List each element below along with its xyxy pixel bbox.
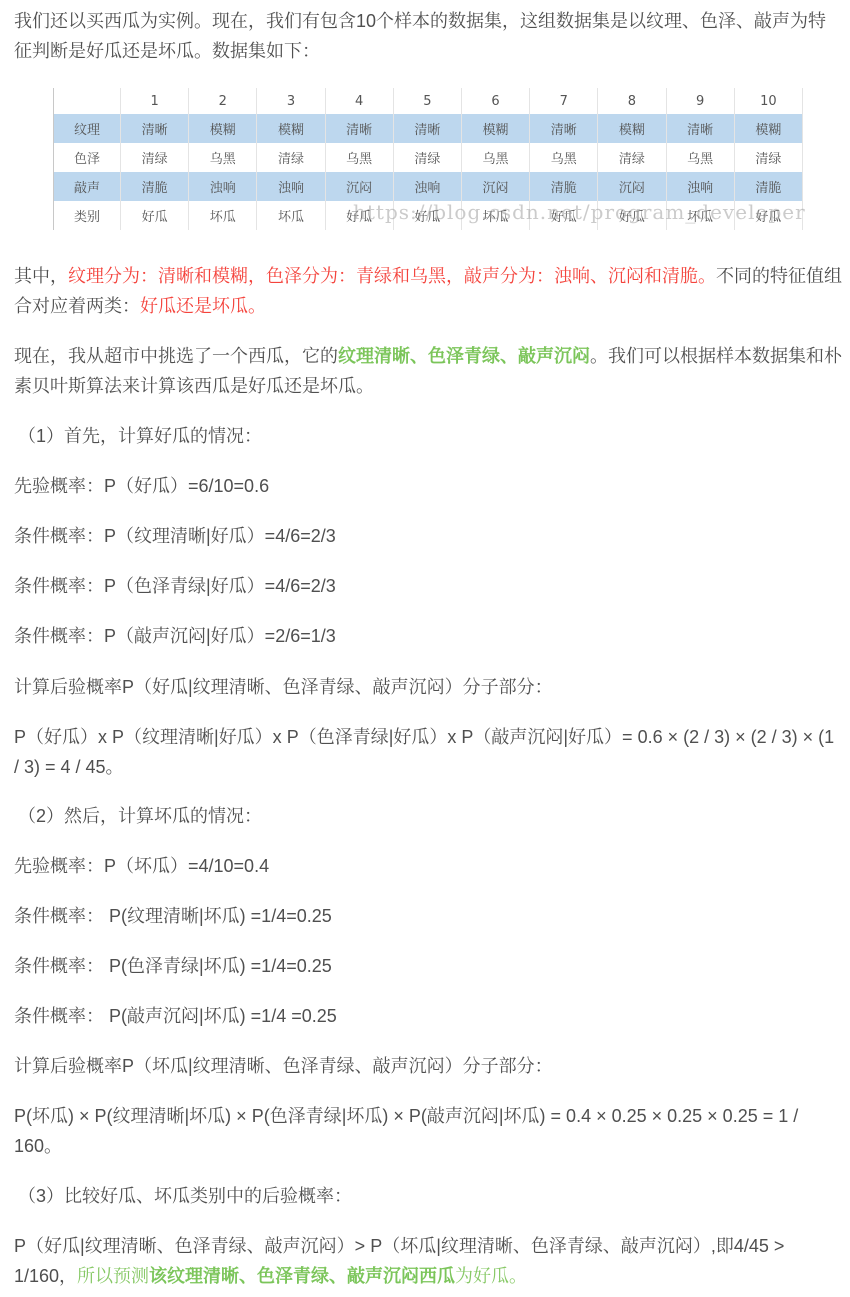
table-cell: 坏瓜 — [666, 201, 734, 230]
table-cell: 乌黑 — [325, 143, 393, 172]
table-cell: 清绿 — [598, 143, 666, 172]
table-cell: 模糊 — [734, 114, 802, 143]
table-cell: 乌黑 — [189, 143, 257, 172]
table-cell: 清脆 — [734, 172, 802, 201]
step1-posterior-label: 计算后验概率P（好瓜|纹理清晰、色泽青绿、敲声沉闷）分子部分： — [14, 672, 844, 702]
step2-posterior-calc-text: P(坏瓜) × P(纹理清晰|坏瓜) × P(色泽青绿|坏瓜) × P(敲声沉闷… — [14, 1106, 798, 1156]
table-cell: 清晰 — [666, 114, 734, 143]
row-label: 类别 — [54, 201, 121, 230]
step1-prior-text: 先验概率：P（好瓜）=6/10=0.6 — [14, 476, 269, 496]
step2-prior-text: 先验概率：P（坏瓜）=4/10=0.4 — [14, 856, 269, 876]
table-header-cell: 3 — [257, 88, 325, 114]
step2-cond1: 条件概率： P(纹理清晰|坏瓜) =1/4=0.25 — [14, 901, 844, 931]
dataset-table: 1 2 3 4 5 6 7 8 9 10 纹理 清晰 模糊 模糊 清晰 清晰 模… — [53, 88, 803, 230]
table-cell: 好瓜 — [393, 201, 461, 230]
row-label: 色泽 — [54, 143, 121, 172]
table-cell: 清绿 — [393, 143, 461, 172]
table-header-cell: 4 — [325, 88, 393, 114]
step1-heading: （1）首先，计算好瓜的情况： — [18, 421, 848, 451]
table-cell: 好瓜 — [598, 201, 666, 230]
table-cell: 清绿 — [121, 143, 189, 172]
features-prefix: 其中， — [14, 266, 68, 286]
table-cell: 沉闷 — [598, 172, 666, 201]
table-header-cell: 7 — [530, 88, 598, 114]
step2-posterior-label-text: 计算后验概率P（坏瓜|纹理清晰、色泽青绿、敲声沉闷）分子部分： — [14, 1056, 553, 1076]
table-header-cell: 10 — [734, 88, 802, 114]
table-cell: 清绿 — [257, 143, 325, 172]
step2-cond3-text: 条件概率： P(敲声沉闷|坏瓜) =1/4 =0.25 — [14, 1006, 337, 1026]
step1-posterior-calc: P（好瓜）x P（纹理清晰|好瓜）x P（色泽青绿|好瓜）x P（敲声沉闷|好瓜… — [14, 722, 844, 782]
step1-posterior-calc-text: P（好瓜）x P（纹理清晰|好瓜）x P（色泽青绿|好瓜）x P（敲声沉闷|好瓜… — [14, 727, 834, 777]
step2-prior: 先验概率：P（坏瓜）=4/10=0.4 — [14, 851, 844, 881]
table-cell: 沉闷 — [325, 172, 393, 201]
step2-heading-text: （2）然后，计算坏瓜的情况： — [18, 806, 262, 826]
table-cell: 清晰 — [393, 114, 461, 143]
table-cell: 坏瓜 — [189, 201, 257, 230]
step2-cond2-text: 条件概率： P(色泽青绿|坏瓜) =1/4=0.25 — [14, 956, 332, 976]
features-highlight-classes: 好瓜还是坏瓜。 — [140, 296, 266, 316]
table-cell: 好瓜 — [325, 201, 393, 230]
intro-paragraph: 我们还以买西瓜为实例。现在，我们有包含10个样本的数据集，这组数据集是以纹理、色… — [14, 6, 844, 66]
table-cell: 清脆 — [530, 172, 598, 201]
table-header-cell: 6 — [461, 88, 529, 114]
step2-posterior-calc: P(坏瓜) × P(纹理清晰|坏瓜) × P(色泽青绿|坏瓜) × P(敲声沉闷… — [14, 1101, 844, 1161]
table-header-cell: 2 — [189, 88, 257, 114]
table-header-cell: 1 — [121, 88, 189, 114]
table-cell: 乌黑 — [461, 143, 529, 172]
table-cell: 浊响 — [666, 172, 734, 201]
conclusion-suffix: 为好瓜。 — [455, 1266, 527, 1286]
table-row-sound: 敲声 清脆 浊响 浊响 沉闷 浊响 沉闷 清脆 沉闷 浊响 清脆 — [54, 172, 803, 201]
step1-cond2: 条件概率：P（色泽青绿|好瓜）=4/6=2/3 — [14, 571, 844, 601]
table-cell: 模糊 — [189, 114, 257, 143]
table-header-row: 1 2 3 4 5 6 7 8 9 10 — [54, 88, 803, 114]
features-paragraph: 其中，纹理分为：清晰和模糊，色泽分为：青绿和乌黑，敲声分为：浊响、沉闷和清脆。不… — [14, 261, 844, 321]
table-cell: 模糊 — [598, 114, 666, 143]
selection-paragraph: 现在，我从超市中挑选了一个西瓜，它的纹理清晰、色泽青绿、敲声沉闷。我们可以根据样… — [14, 341, 844, 401]
table-header-cell — [54, 88, 121, 114]
table-cell: 模糊 — [461, 114, 529, 143]
table-header-cell: 8 — [598, 88, 666, 114]
dataset-table-image: 1 2 3 4 5 6 7 8 9 10 纹理 清晰 模糊 模糊 清晰 清晰 模… — [53, 88, 803, 233]
table-cell: 清脆 — [121, 172, 189, 201]
step1-cond3: 条件概率：P（敲声沉闷|好瓜）=2/6=1/3 — [14, 621, 844, 651]
step1-cond1-text: 条件概率：P（纹理清晰|好瓜）=4/6=2/3 — [14, 526, 336, 546]
intro-text: 我们还以买西瓜为实例。现在，我们有包含10个样本的数据集，这组数据集是以纹理、色… — [14, 11, 826, 61]
table-cell: 乌黑 — [530, 143, 598, 172]
table-row-category: 类别 好瓜 坏瓜 坏瓜 好瓜 好瓜 坏瓜 好瓜 好瓜 坏瓜 好瓜 — [54, 201, 803, 230]
table-header-cell: 5 — [393, 88, 461, 114]
step3-heading: （3）比较好瓜、坏瓜类别中的后验概率： — [18, 1181, 848, 1211]
table-header-cell: 9 — [666, 88, 734, 114]
step2-heading: （2）然后，计算坏瓜的情况： — [18, 801, 848, 831]
table-cell: 清绿 — [734, 143, 802, 172]
step1-cond2-text: 条件概率：P（色泽青绿|好瓜）=4/6=2/3 — [14, 576, 336, 596]
table-row-texture: 纹理 清晰 模糊 模糊 清晰 清晰 模糊 清晰 模糊 清晰 模糊 — [54, 114, 803, 143]
table-cell: 坏瓜 — [257, 201, 325, 230]
step1-cond1: 条件概率：P（纹理清晰|好瓜）=4/6=2/3 — [14, 521, 844, 551]
table-cell: 乌黑 — [666, 143, 734, 172]
table-cell: 浊响 — [257, 172, 325, 201]
step3-heading-text: （3）比较好瓜、坏瓜类别中的后验概率： — [18, 1186, 352, 1206]
conclusion-prefix: 所以预测 — [77, 1266, 149, 1286]
table-cell: 坏瓜 — [461, 201, 529, 230]
row-label: 纹理 — [54, 114, 121, 143]
step1-heading-text: （1）首先，计算好瓜的情况： — [18, 426, 262, 446]
table-cell: 清晰 — [121, 114, 189, 143]
row-label: 敲声 — [54, 172, 121, 201]
selection-highlight: 纹理清晰、色泽青绿、敲声沉闷 — [338, 346, 590, 366]
step1-prior: 先验概率：P（好瓜）=6/10=0.6 — [14, 471, 844, 501]
step2-cond3: 条件概率： P(敲声沉闷|坏瓜) =1/4 =0.25 — [14, 1001, 844, 1031]
conclusion-bold: 该纹理清晰、色泽青绿、敲声沉闷西瓜 — [149, 1266, 455, 1286]
step1-posterior-label-text: 计算后验概率P（好瓜|纹理清晰、色泽青绿、敲声沉闷）分子部分： — [14, 677, 553, 697]
table-cell: 清晰 — [325, 114, 393, 143]
table-cell: 好瓜 — [734, 201, 802, 230]
step2-posterior-label: 计算后验概率P（坏瓜|纹理清晰、色泽青绿、敲声沉闷）分子部分： — [14, 1051, 844, 1081]
step1-cond3-text: 条件概率：P（敲声沉闷|好瓜）=2/6=1/3 — [14, 626, 336, 646]
table-cell: 沉闷 — [461, 172, 529, 201]
step2-cond1-text: 条件概率： P(纹理清晰|坏瓜) =1/4=0.25 — [14, 906, 332, 926]
table-cell: 清晰 — [530, 114, 598, 143]
table-cell: 好瓜 — [530, 201, 598, 230]
table-cell: 浊响 — [393, 172, 461, 201]
step2-cond2: 条件概率： P(色泽青绿|坏瓜) =1/4=0.25 — [14, 951, 844, 981]
table-row-color: 色泽 清绿 乌黑 清绿 乌黑 清绿 乌黑 乌黑 清绿 乌黑 清绿 — [54, 143, 803, 172]
table-cell: 浊响 — [189, 172, 257, 201]
features-highlight: 纹理分为：清晰和模糊，色泽分为：青绿和乌黑，敲声分为：浊响、沉闷和清脆。 — [68, 266, 716, 286]
selection-prefix: 现在，我从超市中挑选了一个西瓜，它的 — [14, 346, 338, 366]
step3-comparison: P（好瓜|纹理清晰、色泽青绿、敲声沉闷）> P（坏瓜|纹理清晰、色泽青绿、敲声沉… — [14, 1231, 844, 1291]
table-cell: 模糊 — [257, 114, 325, 143]
table-cell: 好瓜 — [121, 201, 189, 230]
